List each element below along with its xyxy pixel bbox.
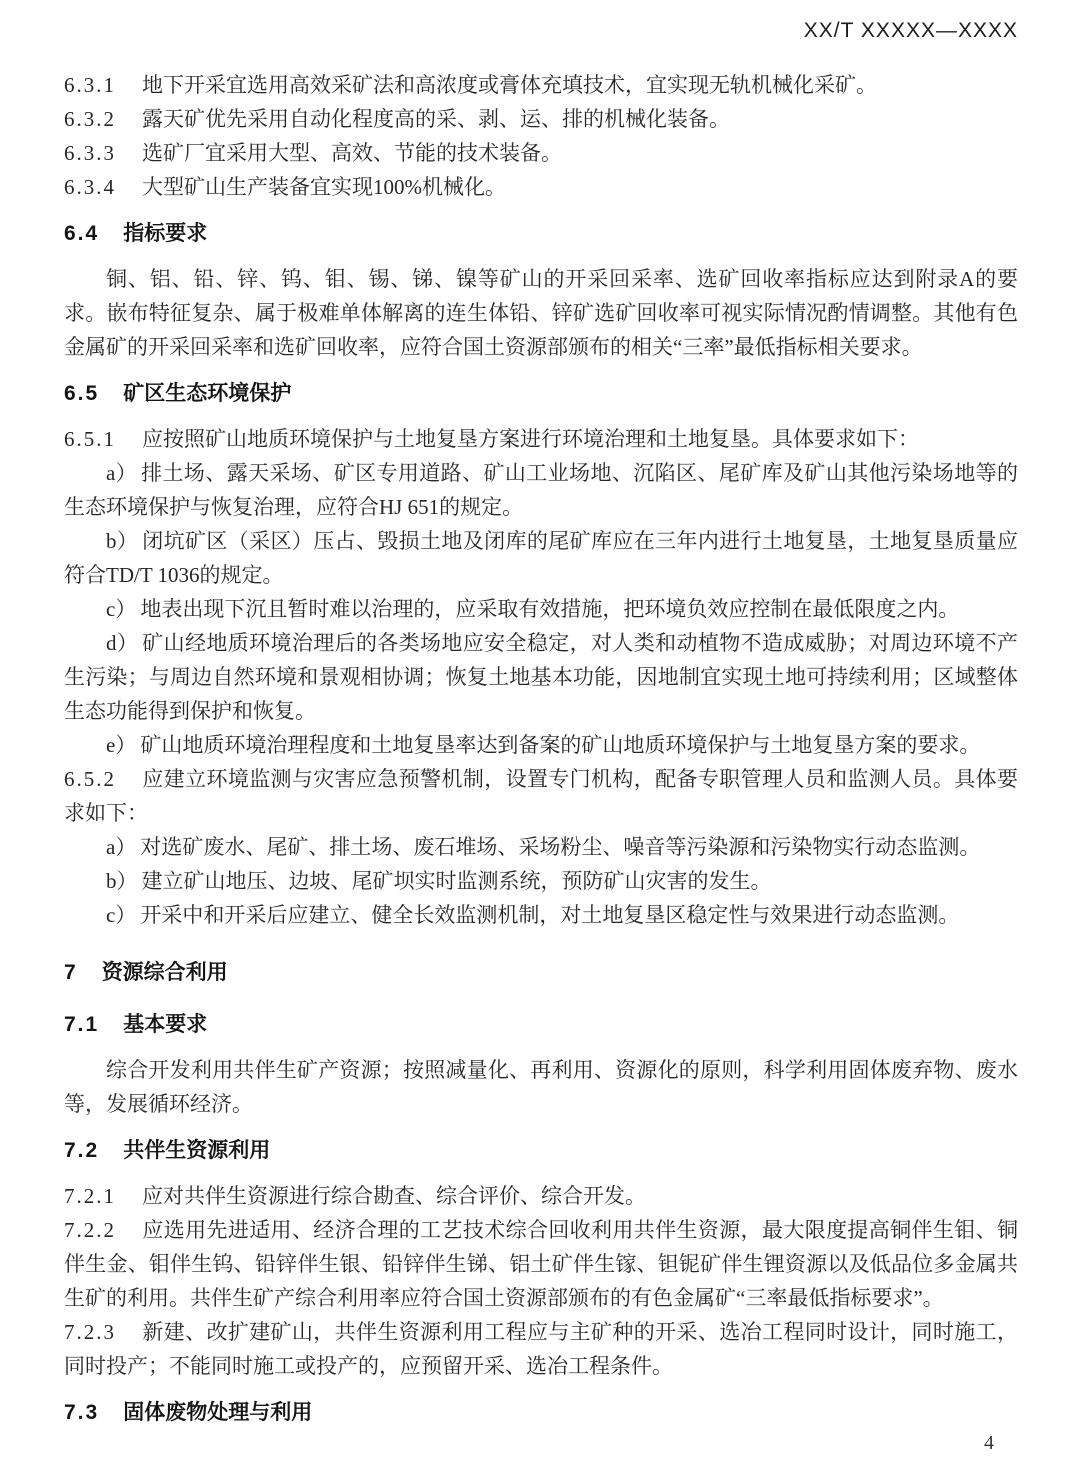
list-item-text: 矿山经地质环境治理后的各类场地应安全稳定，对人类和动植物不造成威胁；对周边环境不… bbox=[64, 631, 1018, 723]
section-heading-7: 7资源综合利用 bbox=[64, 956, 1018, 990]
clause-text: 大型矿山生产装备宜实现100%机械化。 bbox=[142, 175, 506, 199]
list-item-label: a） bbox=[106, 835, 136, 859]
clause-text: 应选用先进适用、经济合理的工艺技术综合回收利用共伴生资源，最大限度提高铜伴生钼、… bbox=[64, 1218, 1018, 1310]
section-title: 矿区生态环境保护 bbox=[123, 382, 291, 405]
list-item-label: e） bbox=[106, 733, 136, 757]
section-number: 7 bbox=[64, 961, 78, 984]
section-heading-7.1: 7.1基本要求 bbox=[64, 1008, 1018, 1042]
section-heading-6.5: 6.5矿区生态环境保护 bbox=[64, 377, 1018, 411]
clause-7.2.1: 7.2.1应对共伴生资源进行综合勘查、综合评价、综合开发。 bbox=[64, 1179, 1018, 1213]
list-item-text: 矿山地质环境治理程度和土地复垦率达到备案的矿山地质环境保护与土地复垦方案的要求。 bbox=[140, 733, 980, 757]
paragraph: 铜、铝、铅、锌、钨、钼、锡、锑、镍等矿山的开采回采率、选矿回收率指标应达到附录A… bbox=[64, 262, 1018, 364]
section-heading-6.4: 6.4指标要求 bbox=[64, 217, 1018, 251]
clause-text: 应按照矿山地质环境保护与土地复垦方案进行环境治理和土地复垦。具体要求如下： bbox=[142, 427, 919, 451]
clause-6.3.1: 6.3.1地下开采宜选用高效采矿法和高浓度或膏体充填技术，宜实现无轨机械化采矿。 bbox=[64, 68, 1018, 102]
document-page: XX/T XXXXX—XXXX 6.3.1地下开采宜选用高效采矿法和高浓度或膏体… bbox=[0, 0, 1080, 1477]
list-item-a: a）对选矿废水、尾矿、排土场、废石堆场、采场粉尘、噪音等污染源和污染物实行动态监… bbox=[64, 830, 1018, 864]
clause-number: 7.2.2 bbox=[64, 1218, 116, 1242]
list-item-d: d）矿山经地质环境治理后的各类场地应安全稳定，对人类和动植物不造成威胁；对周边环… bbox=[64, 626, 1018, 728]
list-item-c: c）地表出现下沉且暂时难以治理的，应采取有效措施，把环境负效应控制在最低限度之内… bbox=[64, 592, 1018, 626]
clause-number: 7.2.1 bbox=[64, 1184, 116, 1208]
section-title: 基本要求 bbox=[123, 1013, 207, 1036]
list-item-label: d） bbox=[106, 631, 138, 655]
clause-number: 6.5.2 bbox=[64, 767, 116, 791]
list-item-b: b）闭坑矿区（采区）压占、毁损土地及闭库的尾矿库应在三年内进行土地复垦，土地复垦… bbox=[64, 524, 1018, 592]
list-item-label: a） bbox=[106, 461, 137, 485]
list-item-text: 排土场、露天采场、矿区专用道路、矿山工业场地、沉陷区、尾矿库及矿山其他污染场地等… bbox=[64, 461, 1018, 519]
page-number: 4 bbox=[984, 1432, 994, 1455]
list-item-text: 闭坑矿区（采区）压占、毁损土地及闭库的尾矿库应在三年内进行土地复垦，土地复垦质量… bbox=[64, 529, 1018, 587]
clause-7.2.3: 7.2.3新建、改扩建矿山，共伴生资源利用工程应与主矿种的开采、选冶工程同时设计… bbox=[64, 1315, 1018, 1383]
clause-number: 6.3.1 bbox=[64, 73, 116, 97]
section-title: 资源综合利用 bbox=[102, 961, 228, 984]
clause-text: 选矿厂宜采用大型、高效、节能的技术装备。 bbox=[142, 141, 562, 165]
section-heading-7.2: 7.2共伴生资源利用 bbox=[64, 1134, 1018, 1168]
clause-6.3.4: 6.3.4大型矿山生产装备宜实现100%机械化。 bbox=[64, 170, 1018, 204]
section-number: 6.5 bbox=[64, 382, 99, 405]
clause-text: 应建立环境监测与灾害应急预警机制，设置专门机构，配备专职管理人员和监测人员。具体… bbox=[64, 767, 1018, 825]
clause-text: 新建、改扩建矿山，共伴生资源利用工程应与主矿种的开采、选冶工程同时设计，同时施工… bbox=[64, 1320, 1018, 1378]
paragraph: 综合开发利用共伴生矿产资源；按照减量化、再利用、资源化的原则，科学利用固体废弃物… bbox=[64, 1053, 1018, 1121]
list-item-label: b） bbox=[106, 869, 138, 893]
clause-6.3.3: 6.3.3选矿厂宜采用大型、高效、节能的技术装备。 bbox=[64, 136, 1018, 170]
list-item-e: e）矿山地质环境治理程度和土地复垦率达到备案的矿山地质环境保护与土地复垦方案的要… bbox=[64, 728, 1018, 762]
list-item-label: c） bbox=[106, 597, 136, 621]
clause-6.3.2: 6.3.2露天矿优先采用自动化程度高的采、剥、运、排的机械化装备。 bbox=[64, 102, 1018, 136]
section-title: 指标要求 bbox=[123, 222, 207, 245]
section-number: 6.4 bbox=[64, 222, 99, 245]
list-item-a: a）排土场、露天采场、矿区专用道路、矿山工业场地、沉陷区、尾矿库及矿山其他污染场… bbox=[64, 456, 1018, 524]
list-item-label: b） bbox=[106, 529, 138, 553]
clause-text: 应对共伴生资源进行综合勘查、综合评价、综合开发。 bbox=[142, 1184, 646, 1208]
list-item-text: 地表出现下沉且暂时难以治理的，应采取有效措施，把环境负效应控制在最低限度之内。 bbox=[140, 597, 959, 621]
section-title: 固体废物处理与利用 bbox=[123, 1401, 312, 1424]
section-number: 7.3 bbox=[64, 1401, 99, 1424]
section-number: 7.1 bbox=[64, 1013, 99, 1036]
clause-6.5.2: 6.5.2应建立环境监测与灾害应急预警机制，设置专门机构，配备专职管理人员和监测… bbox=[64, 762, 1018, 830]
clause-number: 6.3.2 bbox=[64, 107, 116, 131]
clause-number: 6.3.3 bbox=[64, 141, 116, 165]
list-item-text: 建立矿山地压、边坡、尾矿坝实时监测系统，预防矿山灾害的发生。 bbox=[142, 869, 772, 893]
list-item-label: c） bbox=[106, 903, 136, 927]
document-body: 6.3.1地下开采宜选用高效采矿法和高浓度或膏体充填技术，宜实现无轨机械化采矿。… bbox=[64, 68, 1018, 1430]
section-heading-7.3: 7.3固体废物处理与利用 bbox=[64, 1396, 1018, 1430]
clause-number: 6.5.1 bbox=[64, 427, 116, 451]
clause-text: 地下开采宜选用高效采矿法和高浓度或膏体充填技术，宜实现无轨机械化采矿。 bbox=[142, 73, 877, 97]
list-item-text: 对选矿废水、尾矿、排土场、废石堆场、采场粉尘、噪音等污染源和污染物实行动态监测。 bbox=[140, 835, 980, 859]
list-item-c: c）开采中和开采后应建立、健全长效监测机制，对土地复垦区稳定性与效果进行动态监测… bbox=[64, 898, 1018, 932]
clause-number: 6.3.4 bbox=[64, 175, 116, 199]
clause-7.2.2: 7.2.2应选用先进适用、经济合理的工艺技术综合回收利用共伴生资源，最大限度提高… bbox=[64, 1213, 1018, 1315]
document-number: XX/T XXXXX—XXXX bbox=[804, 19, 1018, 42]
section-number: 7.2 bbox=[64, 1139, 99, 1162]
page-header: XX/T XXXXX—XXXX bbox=[64, 16, 1018, 46]
clause-number: 7.2.3 bbox=[64, 1320, 116, 1344]
list-item-b: b）建立矿山地压、边坡、尾矿坝实时监测系统，预防矿山灾害的发生。 bbox=[64, 864, 1018, 898]
list-item-text: 开采中和开采后应建立、健全长效监测机制，对土地复垦区稳定性与效果进行动态监测。 bbox=[140, 903, 959, 927]
section-title: 共伴生资源利用 bbox=[123, 1139, 270, 1162]
clause-text: 露天矿优先采用自动化程度高的采、剥、运、排的机械化装备。 bbox=[142, 107, 730, 131]
clause-6.5.1: 6.5.1应按照矿山地质环境保护与土地复垦方案进行环境治理和土地复垦。具体要求如… bbox=[64, 422, 1018, 456]
